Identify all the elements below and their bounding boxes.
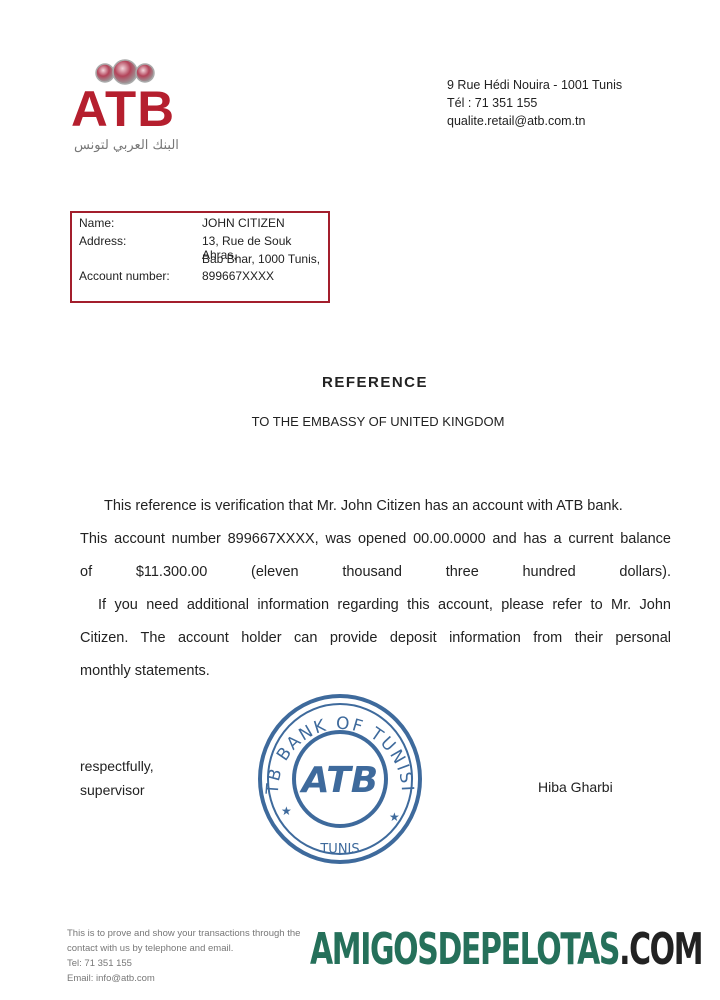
body-line-1: This reference is verification that Mr. … <box>104 498 671 514</box>
address-line-2: Bab Bhar, 1000 Tunis, <box>202 252 320 266</box>
body-line-4: If you need additional information regar… <box>98 597 671 613</box>
client-info-box: Name: JOHN CITIZEN Address: 13, Rue de S… <box>70 211 330 303</box>
name-value: JOHN CITIZEN <box>202 216 285 230</box>
name-label: Name: <box>79 216 114 230</box>
letter-title: REFERENCE <box>0 374 720 391</box>
account-label: Account number: <box>79 269 170 283</box>
address-label: Address: <box>79 234 126 248</box>
atb-logo-arabic: البنك العربي لتونس <box>74 138 179 153</box>
watermark: AMIGOSDEPELOTAS.COM <box>310 922 702 978</box>
footer-tel: Tel: 71 351 155 <box>67 956 300 971</box>
footer-email: Email: info@atb.com <box>67 971 300 986</box>
body-line-6: monthly statements. <box>80 663 671 679</box>
closing: respectfully, supervisor <box>80 754 154 802</box>
body-line-5: Citizen. The account holder can provide … <box>80 630 671 646</box>
svg-text:ATB: ATB <box>299 760 378 801</box>
body-line-2: This account number 899667XXXX, was open… <box>80 531 671 547</box>
body-line-3: of $11.300.00 (eleven thousand three hun… <box>80 564 671 580</box>
account-value: 899667XXXX <box>202 269 274 283</box>
svg-text:TUNIS: TUNIS <box>319 842 359 857</box>
signer-name: Hiba Gharbi <box>538 779 613 795</box>
footer-line-2: contact with us by telephone and email. <box>67 941 300 956</box>
svg-text:★: ★ <box>281 804 292 818</box>
svg-text:★: ★ <box>389 810 400 824</box>
footer-line-1: This is to prove and show your transacti… <box>67 926 300 941</box>
bank-contact: 9 Rue Hédi Nouira - 1001 Tunis Tél : 71 … <box>447 76 622 130</box>
bank-tel: Tél : 71 351 155 <box>447 94 622 112</box>
watermark-main: AMIGOSDEPELOTAS <box>310 924 619 975</box>
closing-title: supervisor <box>80 778 154 802</box>
letter-recipient: TO THE EMBASSY OF UNITED KINGDOM <box>0 414 720 429</box>
watermark-suffix: .COM <box>619 924 702 975</box>
footer: This is to prove and show your transacti… <box>67 926 300 986</box>
closing-respectfully: respectfully, <box>80 754 154 778</box>
bank-stamp-icon: ATB BANK OF TUNISIA TUNIS ATB ★ ★ <box>256 693 424 865</box>
bank-email: qualite.retail@atb.com.tn <box>447 112 622 130</box>
bank-address: 9 Rue Hédi Nouira - 1001 Tunis <box>447 76 622 94</box>
atb-logo: ATB <box>71 84 175 134</box>
